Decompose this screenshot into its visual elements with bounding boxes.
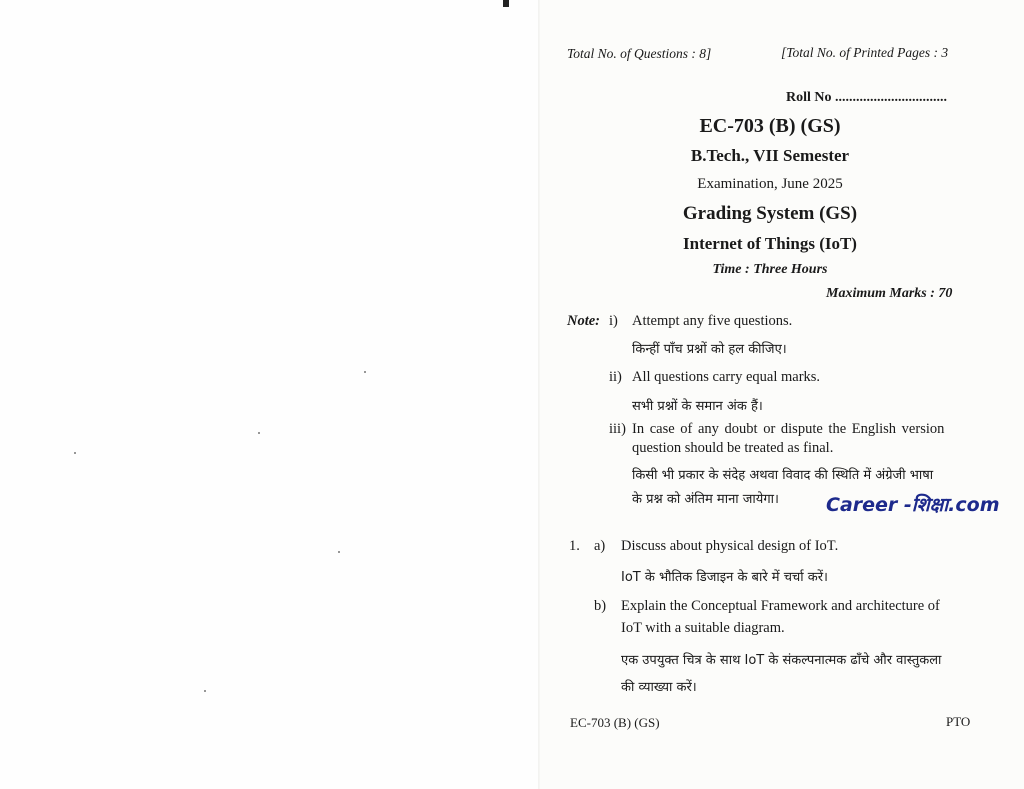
- question-1b-hi-line1: एक उपयुक्त चित्र के साथ IoT के संकल्पनात…: [621, 650, 941, 668]
- question-1b-hi-line2: की व्याख्या करें।: [621, 677, 697, 695]
- note-2-en: All questions carry equal marks.: [632, 369, 820, 386]
- scan-speck: [74, 452, 76, 454]
- note-3-en-line2: question should be treated as final.: [632, 440, 833, 457]
- course-title: B.Tech., VII Semester: [560, 146, 980, 166]
- note-3-hi-line1: किसी भी प्रकार के संदेह अथवा विवाद की स्…: [632, 465, 933, 483]
- scan-speck: [364, 371, 366, 373]
- question-1b-label: b): [594, 598, 606, 615]
- note-num-1: i): [609, 313, 618, 330]
- total-questions: Total No. of Questions : 8]: [567, 46, 711, 62]
- exam-session: Examination, June 2025: [560, 176, 980, 193]
- question-1a-label: a): [594, 538, 605, 555]
- question-1-number: 1.: [569, 538, 580, 555]
- note-label: Note:: [567, 313, 600, 330]
- roll-no: Roll No ................................: [786, 90, 947, 106]
- scan-speck: [204, 690, 206, 692]
- watermark: Career -शिक्षा.com: [826, 491, 1000, 517]
- blank-left-page: [0, 0, 540, 789]
- note-1-en: Attempt any five questions.: [632, 313, 792, 330]
- footer-pto: PTO: [946, 714, 970, 730]
- subject-title: Internet of Things (IoT): [560, 234, 980, 254]
- max-marks: Maximum Marks : 70: [826, 286, 952, 302]
- paper-code: EC-703 (B) (GS): [560, 115, 980, 138]
- total-pages: [Total No. of Printed Pages : 3: [781, 45, 948, 61]
- question-1b-en-line1: Explain the Conceptual Framework and arc…: [621, 598, 940, 615]
- scan-speck: [258, 432, 260, 434]
- exam-duration: Time : Three Hours: [560, 262, 980, 278]
- staple-mark: [503, 0, 509, 7]
- note-3-en-line1: In case of any doubt or dispute the Engl…: [632, 421, 944, 438]
- note-num-3: iii): [609, 421, 626, 438]
- footer-code: EC-703 (B) (GS): [570, 715, 660, 731]
- note-3-hi-line2: के प्रश्न को अंतिम माना जायेगा।: [632, 489, 779, 507]
- note-1-hi: किन्हीं पाँच प्रश्नों को हल कीजिए।: [632, 339, 787, 357]
- scan-speck: [338, 551, 340, 553]
- grading-system: Grading System (GS): [560, 203, 980, 225]
- note-2-hi: सभी प्रश्नों के समान अंक हैं।: [632, 396, 763, 414]
- question-1b-en-line2: IoT with a suitable diagram.: [621, 620, 785, 637]
- note-num-2: ii): [609, 369, 622, 386]
- question-1a-en: Discuss about physical design of IoT.: [621, 538, 838, 555]
- question-1a-hi: IoT के भौतिक डिजाइन के बारे में चर्चा कर…: [621, 567, 828, 585]
